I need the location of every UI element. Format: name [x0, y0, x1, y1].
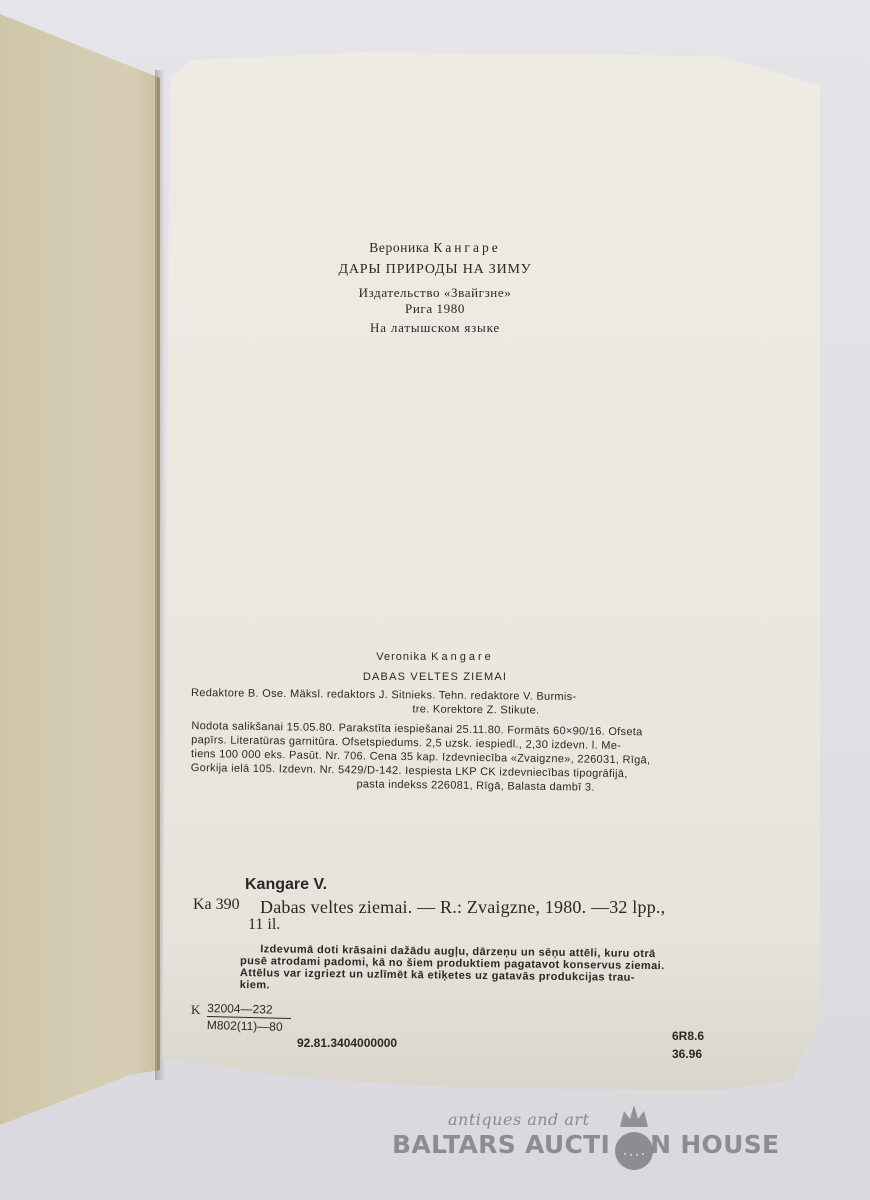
russian-city-year: Рига 1980: [0, 301, 870, 317]
russian-author: Вероника Кангаре: [0, 240, 870, 256]
author-first-name: Вероника: [369, 240, 429, 255]
catalog-author-heading: Kangare V.: [245, 876, 327, 894]
watermark-name-start: BALTARS AUCTI: [392, 1130, 610, 1159]
catalog-call-number: Ka 390: [193, 896, 240, 914]
author-last-name: Кангаре: [433, 240, 500, 255]
catalog-description: Dabas veltes ziemai. — R.: Zvaigzne, 198…: [260, 897, 665, 918]
bbk-code-2: 36.96: [672, 1047, 702, 1061]
russian-publisher: Издательство «Звайгзне»: [0, 285, 870, 301]
catalog-fraction: 32004—232 M802(11)—80: [207, 1001, 292, 1034]
right-page: [162, 48, 822, 1098]
watermark-name: BALTARS AUCTIN HOUSE: [392, 1130, 779, 1159]
crown-globe-logo-icon: [614, 1105, 654, 1175]
left-page-cover: [0, 0, 165, 1200]
russian-title: ДАРЫ ПРИРОДЫ НА ЗИМУ: [0, 262, 870, 278]
index-number: 92.81.3404000000: [297, 1036, 397, 1050]
credits-block: Redaktore B. Ose. Mäksl. redaktors J. Si…: [191, 686, 761, 720]
watermark-tagline: antiques and art: [448, 1110, 590, 1129]
fraction-numerator: 32004—232: [207, 1001, 291, 1019]
author-first-name: Veronika: [376, 651, 427, 663]
print-details-block: Nodota salikšanai 15.05.80. Parakstīta i…: [191, 719, 762, 797]
catalog-abstract: Izdevumā doti krāsaini dažādu augļu, dār…: [240, 943, 726, 997]
k-mark: K: [191, 1002, 200, 1018]
author-last-name: Kangare: [431, 651, 494, 663]
bbk-code-1: 6R8.6: [672, 1029, 704, 1043]
latvian-title: DABAS VELTES ZIEMAI: [0, 671, 870, 683]
watermark-name-end: N HOUSE: [650, 1130, 779, 1159]
fraction-denominator: M802(11)—80: [207, 1017, 291, 1034]
latvian-author: Veronika Kangare: [0, 651, 870, 663]
russian-language-note: На латышском языке: [0, 320, 870, 336]
catalog-illustrations: 11 il.: [248, 916, 280, 934]
